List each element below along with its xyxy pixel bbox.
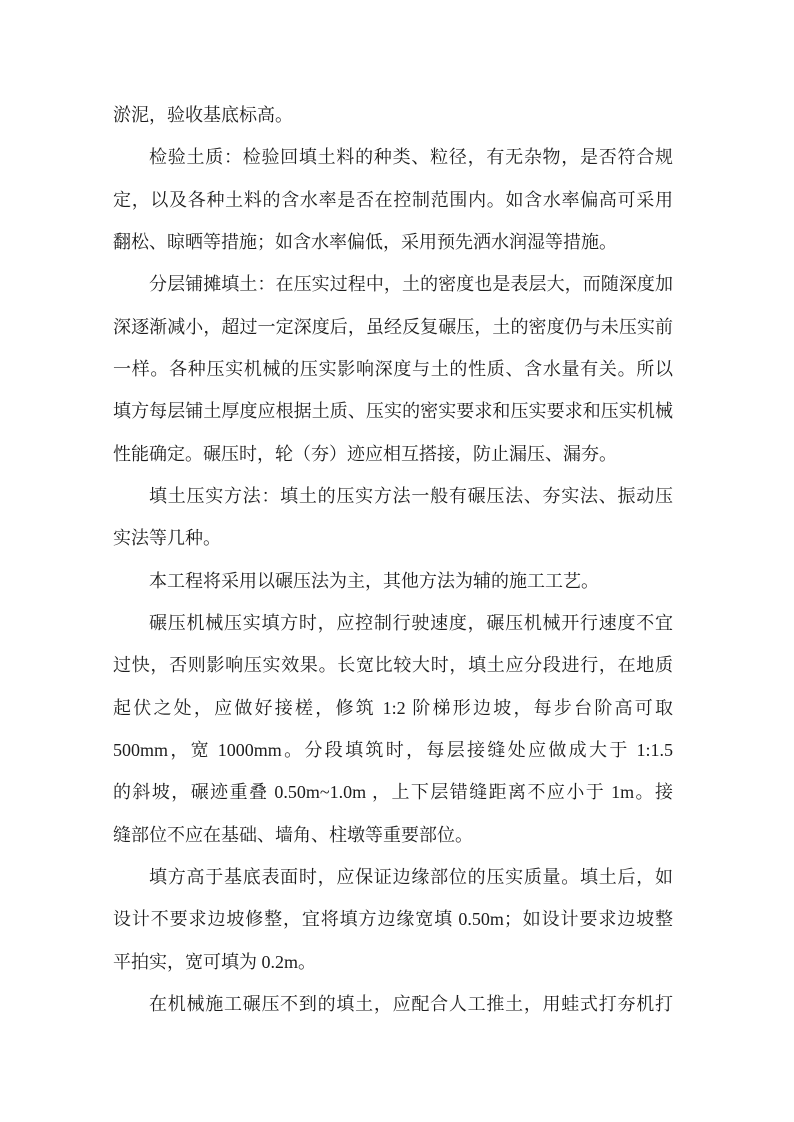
text-line: 缝部位不应在基础、墙角、柱墩等重要部位。 bbox=[113, 814, 673, 856]
text-line: 过快，否则影响压实效果。长宽比较大时，填土应分段进行，在地质 bbox=[113, 644, 673, 686]
text-line: 分层铺摊填土：在压实过程中，土的密度也是表层大，而随深度加 bbox=[113, 263, 673, 305]
text-line: 淤泥，验收基底标高。 bbox=[113, 94, 673, 136]
text-line: 500mm，宽 1000mm。分段填筑时，每层接缝处应做成大于 1:1.5 bbox=[113, 729, 673, 771]
text-line: 填方高于基底表面时，应保证边缘部位的压实质量。填土后，如 bbox=[113, 856, 673, 898]
text-line: 平拍实，宽可填为 0.2m。 bbox=[113, 941, 673, 983]
document-page: 淤泥，验收基底标高。 检验土质：检验回填土料的种类、粒径，有无杂物，是否符合规 … bbox=[0, 0, 794, 1122]
text-line: 一样。各种压实机械的压实影响深度与土的性质、含水量有关。所以 bbox=[113, 348, 673, 390]
document-text-block: 淤泥，验收基底标高。 检验土质：检验回填土料的种类、粒径，有无杂物，是否符合规 … bbox=[113, 94, 673, 1025]
text-line: 填方每层铺土厚度应根据土质、压实的密实要求和压实要求和压实机械 bbox=[113, 390, 673, 432]
text-line: 的斜坡，碾迹重叠 0.50m~1.0m ，上下层错缝距离不应小于 1m。接 bbox=[113, 771, 673, 813]
text-line: 检验土质：检验回填土料的种类、粒径，有无杂物，是否符合规 bbox=[113, 136, 673, 178]
text-line: 本工程将采用以碾压法为主，其他方法为辅的施工工艺。 bbox=[113, 560, 673, 602]
text-line: 实法等几种。 bbox=[113, 517, 673, 559]
text-line: 设计不要求边坡修整，宜将填方边缘宽填 0.50m；如设计要求边坡整 bbox=[113, 898, 673, 940]
text-line: 性能确定。碾压时，轮（夯）迹应相互搭接，防止漏压、漏夯。 bbox=[113, 433, 673, 475]
text-line: 填土压实方法：填土的压实方法一般有碾压法、夯实法、振动压 bbox=[113, 475, 673, 517]
text-line: 定，以及各种土料的含水率是否在控制范围内。如含水率偏高可采用 bbox=[113, 179, 673, 221]
text-line: 碾压机械压实填方时，应控制行驶速度，碾压机械开行速度不宜 bbox=[113, 602, 673, 644]
text-line: 起伏之处，应做好接槎，修筑 1:2 阶梯形边坡，每步台阶高可取 bbox=[113, 687, 673, 729]
text-line: 深逐渐减小，超过一定深度后，虽经反复碾压，土的密度仍与未压实前 bbox=[113, 306, 673, 348]
text-line: 在机械施工碾压不到的填土，应配合人工推土，用蛙式打夯机打 bbox=[113, 983, 673, 1025]
text-line: 翻松、晾晒等措施；如含水率偏低，采用预先洒水润湿等措施。 bbox=[113, 221, 673, 263]
